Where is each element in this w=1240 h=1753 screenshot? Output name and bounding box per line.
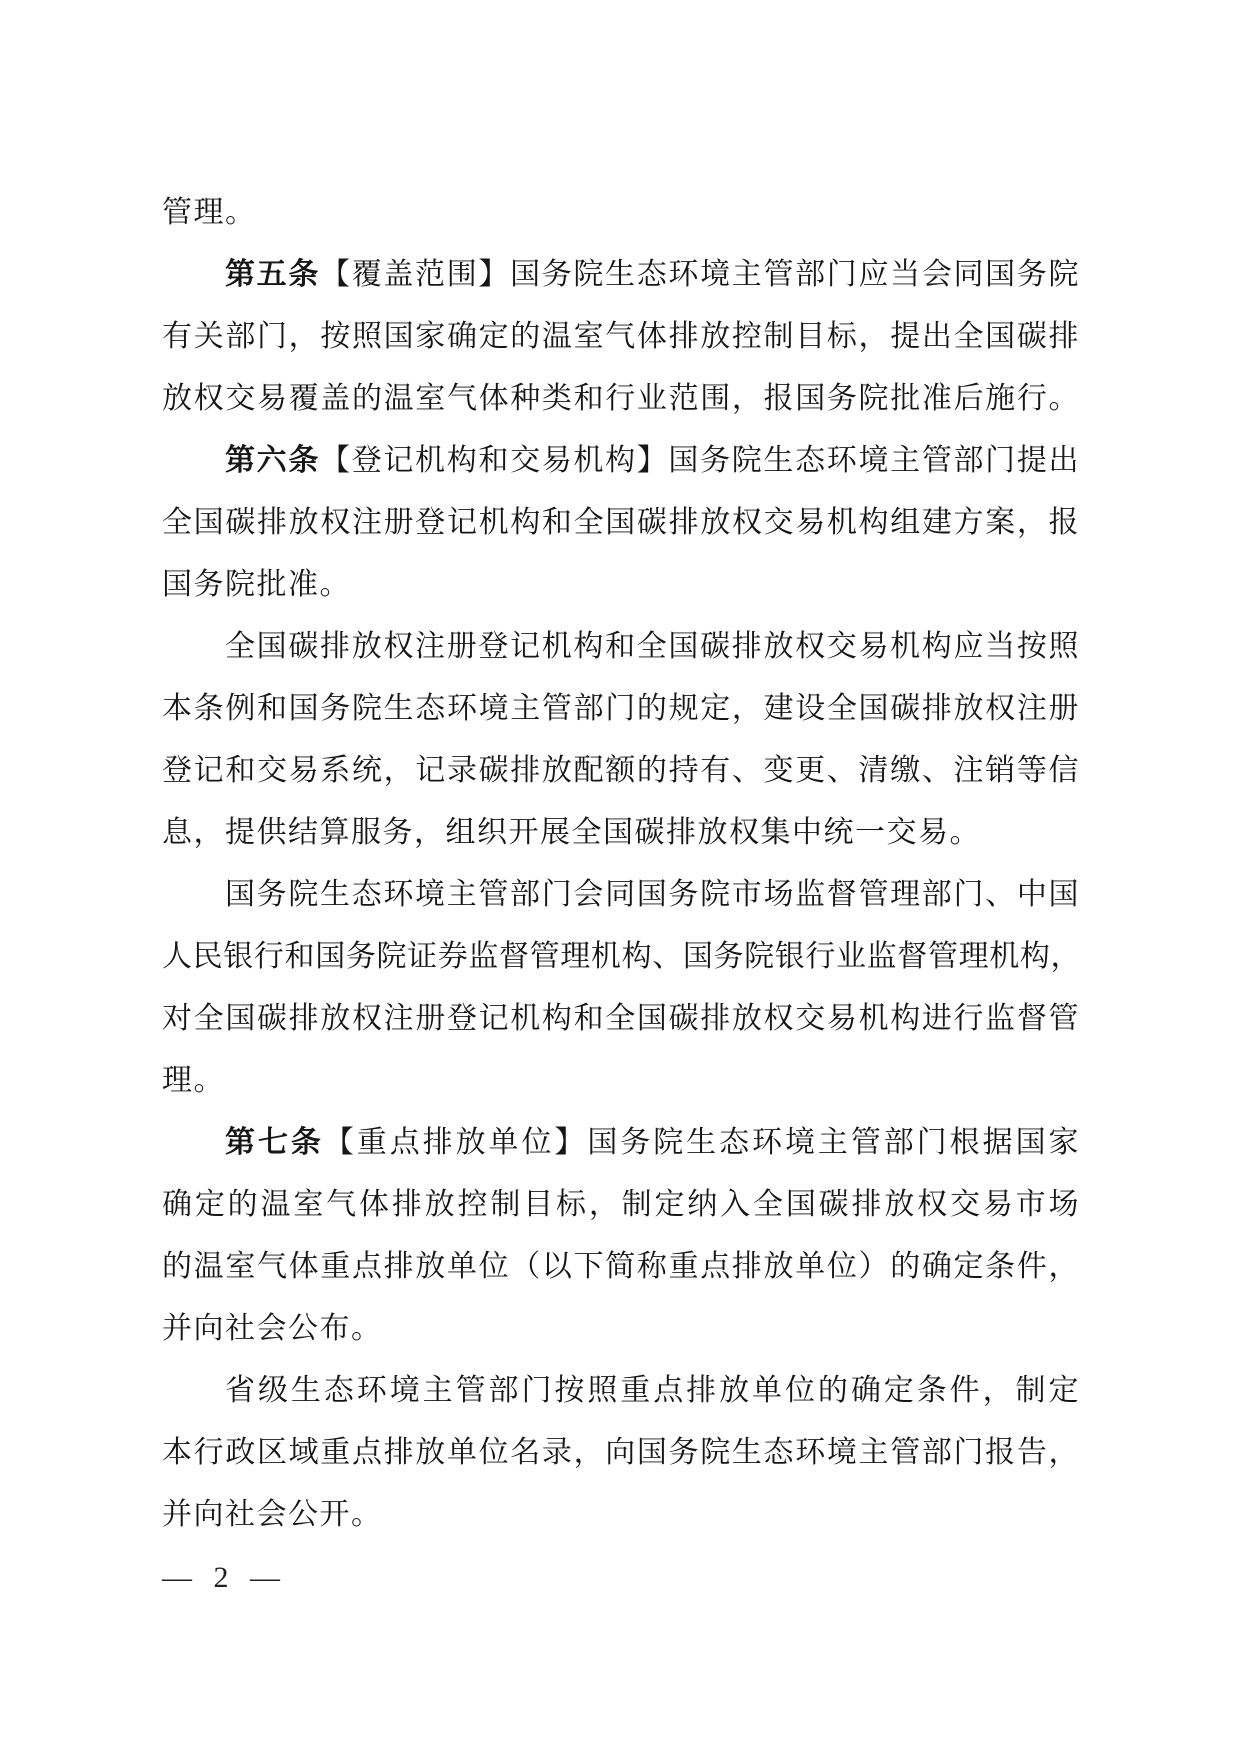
article-text: 【覆盖范围】国务院生态环境主管部门应当会同国务院 <box>320 258 1080 291</box>
paragraph: 管理。 <box>162 182 1080 244</box>
article-number: 第六条 <box>225 444 320 477</box>
article-text: 【登记机构和交易机构】国务院生态环境主管部门提出 <box>320 444 1080 477</box>
article-number: 第七条 <box>225 1126 324 1159</box>
text-line: 的温室气体重点排放单位（以下简称重点排放单位）的确定条件， <box>162 1236 1080 1298</box>
text-line: 本行政区域重点排放单位名录，向国务院生态环境主管部门报告， <box>162 1422 1080 1484</box>
text-line: 国务院生态环境主管部门会同国务院市场监督管理部门、中国 <box>162 864 1080 926</box>
text-line: 第五条【覆盖范围】国务院生态环境主管部门应当会同国务院 <box>162 244 1080 306</box>
text-line: 并向社会公布。 <box>162 1298 1080 1360</box>
text-line: 对全国碳排放权注册登记机构和全国碳排放权交易机构进行监督管 <box>162 988 1080 1050</box>
text-line: 并向社会公开。 <box>162 1484 1080 1546</box>
text-line: 省级生态环境主管部门按照重点排放单位的确定条件，制定 <box>162 1360 1080 1422</box>
paragraph: 第六条【登记机构和交易机构】国务院生态环境主管部门提出 全国碳排放权注册登记机构… <box>162 430 1080 616</box>
document-page: 管理。 第五条【覆盖范围】国务院生态环境主管部门应当会同国务院 有关部门，按照国… <box>0 0 1240 1753</box>
article-number: 第五条 <box>225 258 320 291</box>
text-line: 本条例和国务院生态环境主管部门的规定，建设全国碳排放权注册 <box>162 678 1080 740</box>
text-line: 登记和交易系统，记录碳排放配额的持有、变更、清缴、注销等信 <box>162 740 1080 802</box>
paragraph: 国务院生态环境主管部门会同国务院市场监督管理部门、中国 人民银行和国务院证券监督… <box>162 864 1080 1112</box>
text-line: 第六条【登记机构和交易机构】国务院生态环境主管部门提出 <box>162 430 1080 492</box>
text-line: 放权交易覆盖的温室气体种类和行业范围，报国务院批准后施行。 <box>162 368 1080 430</box>
text-line: 有关部门，按照国家确定的温室气体排放控制目标，提出全国碳排 <box>162 306 1080 368</box>
article-text: 【重点排放单位】国务院生态环境主管部门根据国家 <box>324 1126 1080 1159</box>
document-body: 管理。 第五条【覆盖范围】国务院生态环境主管部门应当会同国务院 有关部门，按照国… <box>162 182 1080 1546</box>
paragraph: 省级生态环境主管部门按照重点排放单位的确定条件，制定 本行政区域重点排放单位名录… <box>162 1360 1080 1546</box>
paragraph: 第五条【覆盖范围】国务院生态环境主管部门应当会同国务院 有关部门，按照国家确定的… <box>162 244 1080 430</box>
text-line: 管理。 <box>162 182 1080 244</box>
page-number: — 2 — <box>162 1556 282 1600</box>
paragraph: 第七条【重点排放单位】国务院生态环境主管部门根据国家 确定的温室气体排放控制目标… <box>162 1112 1080 1360</box>
text-line: 人民银行和国务院证券监督管理机构、国务院银行业监督管理机构， <box>162 926 1080 988</box>
text-line: 全国碳排放权注册登记机构和全国碳排放权交易机构组建方案，报 <box>162 492 1080 554</box>
text-line: 国务院批准。 <box>162 554 1080 616</box>
text-line: 第七条【重点排放单位】国务院生态环境主管部门根据国家 <box>162 1112 1080 1174</box>
text-line: 全国碳排放权注册登记机构和全国碳排放权交易机构应当按照 <box>162 616 1080 678</box>
text-line: 确定的温室气体排放控制目标，制定纳入全国碳排放权交易市场 <box>162 1174 1080 1236</box>
paragraph: 全国碳排放权注册登记机构和全国碳排放权交易机构应当按照 本条例和国务院生态环境主… <box>162 616 1080 864</box>
text-line: 息，提供结算服务，组织开展全国碳排放权集中统一交易。 <box>162 802 1080 864</box>
text-line: 理。 <box>162 1050 1080 1112</box>
